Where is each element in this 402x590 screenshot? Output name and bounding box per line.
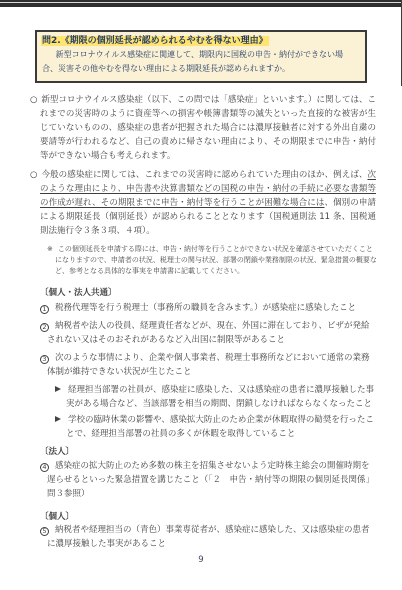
circled-number-icon: 5 bbox=[40, 527, 49, 536]
answer-paragraph-2-lead: 今般の感染症に関しては、これまでの災害時に認められていた理由のほか、例えば、 bbox=[42, 170, 368, 180]
arrowhead-bullet-icon bbox=[55, 416, 61, 422]
section-heading-common: 〔個人・法人共通〕 bbox=[40, 287, 117, 300]
arrowhead-bullet-icon bbox=[55, 386, 61, 392]
circle-bullet-marker: ○ bbox=[30, 95, 37, 105]
list-item-1: 1税務代理等を行う税理士（事務所の職員を含みます。）が感染症に感染したこと bbox=[40, 301, 376, 315]
list-item-2: 2納税者や法人の役員、経理責任者などが、現在、外国に滞在しており、ビザが発給され… bbox=[40, 319, 376, 347]
page-gap-line bbox=[0, 2, 402, 3]
question-title: 問2.《期限の個別延長が認められるやむを得ない理由》 bbox=[41, 34, 358, 48]
list-item-3-text: 次のような事情により、企業や個人事業者、税理士事務所などにおいて通常の業務体制が… bbox=[47, 353, 370, 377]
circled-number-icon: 3 bbox=[40, 355, 49, 364]
list-item-1-text: 税務代理等を行う税理士（事務所の職員を含みます。）が感染症に感染したこと bbox=[55, 303, 356, 313]
list-item-2-text: 納税者や法人の役員、経理責任者などが、現在、外国に滞在しており、ビザが発給されな… bbox=[47, 321, 370, 345]
list-item-5-text: 納税者や経理担当の（青色）事業専従者が、感染症に感染した、又は感染症の患者に濃厚… bbox=[47, 525, 370, 549]
circled-number-icon: 2 bbox=[40, 323, 49, 332]
document-page: 問2.《期限の個別延長が認められるやむを得ない理由》 新型コロナウイルス感染症に… bbox=[0, 0, 402, 590]
previous-page-edge-bar bbox=[0, 0, 402, 7]
question-title-highlight: 問2.《期限の個別延長が認められるやむを得ない理由》 bbox=[41, 36, 269, 46]
sub-bullet-2-text: 学校の臨時休業の影響や、感染拡大防止のため企業が休暇取得の勧奨を行ったことで、経… bbox=[66, 415, 374, 439]
circled-number-icon: 1 bbox=[40, 305, 49, 314]
question-body: 新型コロナウイルス感染症に関連して、期限内に国税の申告・納付ができない場合、災害… bbox=[41, 48, 358, 76]
sub-bullet-2: 学校の臨時休業の影響や、感染拡大防止のため企業が休暇取得の勧奨を行ったことで、経… bbox=[55, 413, 375, 441]
list-item-3: 3次のような事情により、企業や個人事業者、税理士事務所などにおいて通常の業務体制… bbox=[40, 351, 376, 379]
list-item-4: 4感染症の拡大防止のため多数の株主を招集させないよう定時株主総会の開催時期を遅ら… bbox=[40, 459, 376, 501]
section-heading-corporate: 〔法人〕 bbox=[40, 446, 74, 459]
reference-mark: ※ bbox=[47, 245, 53, 253]
circle-bullet-marker: ○ bbox=[30, 170, 38, 180]
circled-number-icon: 4 bbox=[40, 463, 49, 472]
answer-paragraph-1-text: 新型コロナウイルス感染症（以下、この問では「感染症」といいます。）に関しては、こ… bbox=[40, 95, 376, 161]
sub-bullet-1-text: 経理担当部署の社員が、感染症に感染した、又は感染症の患者に濃厚接触した事実がある… bbox=[66, 385, 374, 409]
sub-bullet-1: 経理担当部署の社員が、感染症に感染した、又は感染症の患者に濃厚接触した事実がある… bbox=[55, 383, 375, 411]
list-item-5: 5納税者や経理担当の（青色）事業専従者が、感染症に感染した、又は感染症の患者に濃… bbox=[40, 523, 376, 551]
question-box: 問2.《期限の個別延長が認められるやむを得ない理由》 新型コロナウイルス感染症に… bbox=[35, 30, 367, 83]
answer-paragraph-1: ○新型コロナウイルス感染症（以下、この問では「感染症」といいます。）に関しては、… bbox=[30, 93, 376, 163]
list-item-4-text: 感染症の拡大防止のため多数の株主を招集させないよう定時株主総会の開催時期を遅らせ… bbox=[47, 461, 374, 499]
page-number: 9 bbox=[0, 555, 402, 565]
footnote: ※この個別延長を申請する際には、申告・納付等を行うことができない状況を確認させて… bbox=[47, 244, 377, 277]
answer-paragraph-2: ○今般の感染症に関しては、これまでの災害時に認められていた理由のほか、例えば、次… bbox=[30, 168, 376, 238]
footnote-text: この個別延長を申請する際には、申告・納付等を行うことができない状況を確認させてい… bbox=[55, 245, 377, 275]
